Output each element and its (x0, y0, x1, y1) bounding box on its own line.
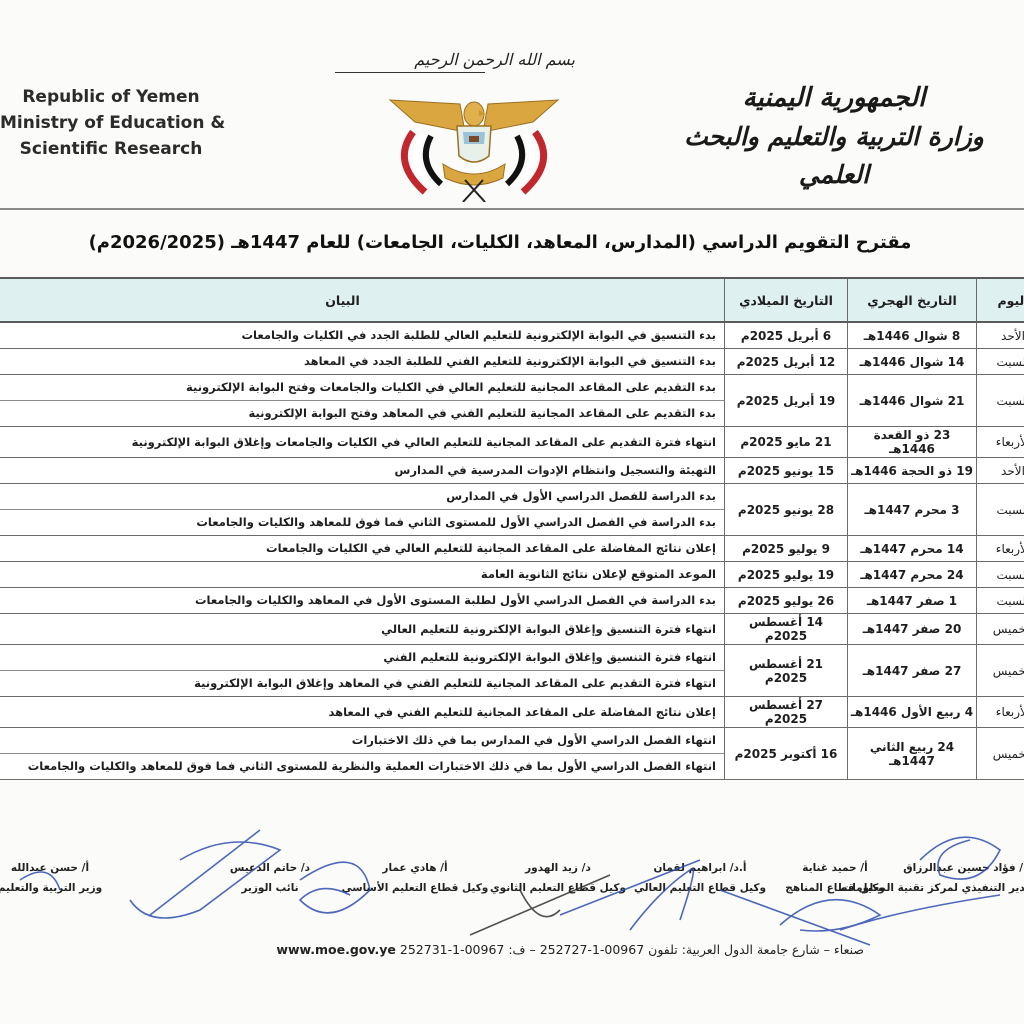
cell-day: الخميس (977, 728, 1024, 780)
description-line: انتهاء فترة التقديم على المقاعد المجانية… (0, 430, 716, 455)
cell-gregorian-date: 26 يوليو 2025م (725, 588, 848, 614)
cell-gregorian-date: 12 أبريل 2025م (725, 349, 848, 375)
header-gregorian-date: التاريخ الميلادي (725, 278, 848, 322)
description-line: إعلان نتائج المفاضلة على المقاعد المجاني… (0, 536, 716, 561)
cell-gregorian-date: 6 أبريل 2025م (725, 322, 848, 349)
description-line: بدء التقديم على المقاعد المجانية للتعليم… (0, 375, 724, 400)
table-row: السبت1 صفر 1447هـ26 يوليو 2025مبدء الدرا… (0, 588, 1024, 614)
cell-gregorian-date: 9 يوليو 2025م (725, 536, 848, 562)
calendar-table-container: اليوم التاريخ الهجري التاريخ الميلادي ال… (0, 277, 1024, 780)
cell-day: السبت (977, 562, 1024, 588)
cell-gregorian-date: 19 أبريل 2025م (725, 375, 848, 427)
cell-day: السبت (977, 375, 1024, 427)
table-row: الأربعاء14 محرم 1447هـ9 يوليو 2025مإعلان… (0, 536, 1024, 562)
coat-of-arms-icon (385, 92, 563, 202)
description-line: بدء الدراسة في الفصل الدراسي الأول لطلبة… (0, 588, 716, 613)
header-divider (0, 208, 1024, 210)
arabic-line-republic: الجمهورية اليمنية (674, 78, 994, 118)
english-line-research: Scientific Research (0, 136, 222, 162)
cell-description: بدء التنسيق في البوابة الإلكترونية للتعل… (0, 349, 725, 375)
cell-description: انتهاء فترة التنسيق وإغلاق البوابة الإلك… (0, 614, 725, 645)
table-header-row: اليوم التاريخ الهجري التاريخ الميلادي ال… (0, 278, 1024, 322)
signatory-name: أ/ هادي عمار (340, 858, 490, 878)
table-row: الخميس20 صفر 1447هـ14 أغسطس 2025مانتهاء … (0, 614, 1024, 645)
basmala: بسم الله الرحمن الرحيم (335, 50, 575, 90)
description-line: بدء التنسيق في البوابة الإلكترونية للتعل… (0, 349, 716, 374)
header-day: اليوم (977, 278, 1024, 322)
cell-description: بدء التقديم على المقاعد المجانية للتعليم… (0, 375, 725, 427)
cell-description: إعلان نتائج المفاضلة على المقاعد المجاني… (0, 697, 725, 728)
cell-gregorian-date: 21 مايو 2025م (725, 427, 848, 458)
basmala-flourish (335, 72, 485, 73)
table-row: السبت3 محرم 1447هـ28 يونيو 2025مبدء الدر… (0, 484, 1024, 536)
table-row: الخميس24 ربيع الثاني 1447هـ16 أكتوبر 202… (0, 728, 1024, 780)
signatory-title: وكيل قطاع التعليم الأساسي (340, 878, 490, 898)
cell-gregorian-date: 27 أغسطس 2025م (725, 697, 848, 728)
footer-contact: صنعاء – شارع جامعة الدول العربية: تلفون … (84, 942, 864, 957)
description-line: بدء التقديم على المقاعد المجانية للتعليم… (0, 400, 724, 426)
cell-day: الخميس (977, 645, 1024, 697)
cell-description: التهيئة والتسجيل وانتظام الإدوات المدرسي… (0, 458, 725, 484)
academic-calendar-table: اليوم التاريخ الهجري التاريخ الميلادي ال… (0, 277, 1024, 780)
description-line: بدء الدراسة في الفصل الدراسي الأول للمست… (0, 509, 724, 535)
signatory-title: المدير التنفيذي لمركز تقنية المعلومات (890, 878, 1024, 898)
cell-hijri-date: 4 ربيع الأول 1446هـ (848, 697, 977, 728)
signatory-name: د/ حاتم الدعيس (195, 858, 345, 878)
table-row: الأربعاء23 ذو القعدة 1446هـ21 مايو 2025م… (0, 427, 1024, 458)
english-line-republic: Republic of Yemen (0, 84, 222, 110)
cell-day: السبت (977, 484, 1024, 536)
cell-hijri-date: 8 شوال 1446هـ (848, 322, 977, 349)
cell-description: إعلان نتائج المفاضلة على المقاعد المجاني… (0, 536, 725, 562)
cell-gregorian-date: 16 أكتوبر 2025م (725, 728, 848, 780)
signatory-name: د/ زيد الهدور (483, 858, 633, 878)
cell-day: الأربعاء (977, 536, 1024, 562)
signatory: أ/ هادي عماروكيل قطاع التعليم الأساسي (340, 858, 490, 898)
cell-day: الأحد (977, 322, 1024, 349)
cell-description: بدء الدراسة للفصل الدراسي الأول في المدا… (0, 484, 725, 536)
signatory-name: أ/ فؤاد حسين عبدالرزاق (890, 858, 1024, 878)
table-row: الأحد8 شوال 1446هـ6 أبريل 2025مبدء التنس… (0, 322, 1024, 349)
header-hijri-date: التاريخ الهجري (848, 278, 977, 322)
description-line: انتهاء فترة التقديم على المقاعد المجانية… (0, 670, 724, 696)
arabic-line-ministry: وزارة التربية والتعليم والبحث العلمي (674, 118, 994, 194)
arabic-letterhead: الجمهورية اليمنية وزارة التربية والتعليم… (674, 78, 994, 194)
description-line: انتهاء الفصل الدراسي الأول بما في ذلك ال… (0, 753, 724, 779)
cell-day: الأربعاء (977, 427, 1024, 458)
description-line: انتهاء الفصل الدراسي الأول في المدارس بم… (0, 728, 724, 753)
signatures-block: أ/ فؤاد حسين عبدالرزاقالمدير التنفيذي لم… (0, 858, 1024, 928)
cell-day: السبت (977, 349, 1024, 375)
description-line: الموعد المتوقع لإعلان نتائج الثانوية الع… (0, 562, 716, 587)
description-line: انتهاء فترة التنسيق وإغلاق البوابة الإلك… (0, 645, 724, 670)
table-row: السبت24 محرم 1447هـ19 يوليو 2025مالموعد … (0, 562, 1024, 588)
description-line: بدء التنسيق في البوابة الإلكترونية للتعل… (0, 323, 716, 348)
cell-gregorian-date: 15 يونيو 2025م (725, 458, 848, 484)
header-description: البيان (0, 278, 725, 322)
table-row: الخميس27 صفر 1447هـ21 أغسطس 2025مانتهاء … (0, 645, 1024, 697)
signatory-name: أ/ حميد غناية (760, 858, 910, 878)
cell-description: الموعد المتوقع لإعلان نتائج الثانوية الع… (0, 562, 725, 588)
cell-hijri-date: 24 محرم 1447هـ (848, 562, 977, 588)
cell-day: الخميس (977, 614, 1024, 645)
cell-gregorian-date: 14 أغسطس 2025م (725, 614, 848, 645)
signatory: أ/ فؤاد حسين عبدالرزاقالمدير التنفيذي لم… (890, 858, 1024, 898)
signatory-title: وكيل قطاع التعليم العالي (625, 878, 775, 898)
table-body: الأحد8 شوال 1446هـ6 أبريل 2025مبدء التنس… (0, 322, 1024, 780)
cell-day: السبت (977, 588, 1024, 614)
signatory: أ/ حميد غنايةوكيل قطاع المناهج (760, 858, 910, 898)
letterhead: Republic of Yemen Ministry of Education … (0, 0, 1024, 210)
footer-website-link[interactable]: www.moe.gov.ye (276, 942, 395, 957)
signatory: أ.د/ ابراهيم لقمانوكيل قطاع التعليم العا… (625, 858, 775, 898)
signatory-title: نائب الوزير (195, 878, 345, 898)
cell-gregorian-date: 28 يونيو 2025م (725, 484, 848, 536)
signatory-title: وزير التربية والتعليم (0, 878, 125, 898)
cell-description: انتهاء فترة التنسيق وإغلاق البوابة الإلك… (0, 645, 725, 697)
table-row: الأربعاء4 ربيع الأول 1446هـ27 أغسطس 2025… (0, 697, 1024, 728)
english-line-ministry: Ministry of Education & (0, 110, 222, 136)
footer-address: صنعاء – شارع جامعة الدول العربية: تلفون … (400, 942, 864, 957)
description-line: التهيئة والتسجيل وانتظام الإدوات المدرسي… (0, 458, 716, 483)
cell-hijri-date: 27 صفر 1447هـ (848, 645, 977, 697)
signatory-name: أ.د/ ابراهيم لقمان (625, 858, 775, 878)
cell-hijri-date: 3 محرم 1447هـ (848, 484, 977, 536)
cell-description: انتهاء فترة التقديم على المقاعد المجانية… (0, 427, 725, 458)
cell-hijri-date: 23 ذو القعدة 1446هـ (848, 427, 977, 458)
table-row: السبت14 شوال 1446هـ12 أبريل 2025مبدء الت… (0, 349, 1024, 375)
cell-hijri-date: 24 ربيع الثاني 1447هـ (848, 728, 977, 780)
cell-description: بدء التنسيق في البوابة الإلكترونية للتعل… (0, 322, 725, 349)
signatory-title: وكيل قطاع المناهج (760, 878, 910, 898)
cell-description: بدء الدراسة في الفصل الدراسي الأول لطلبة… (0, 588, 725, 614)
table-row: الأحد19 ذو الحجة 1446هـ15 يونيو 2025مالت… (0, 458, 1024, 484)
signatory: د/ حاتم الدعيسنائب الوزير (195, 858, 345, 898)
cell-hijri-date: 19 ذو الحجة 1446هـ (848, 458, 977, 484)
cell-day: الأحد (977, 458, 1024, 484)
cell-day: الأربعاء (977, 697, 1024, 728)
table-row: السبت21 شوال 1446هـ19 أبريل 2025مبدء الت… (0, 375, 1024, 427)
description-line: انتهاء فترة التنسيق وإغلاق البوابة الإلك… (0, 617, 716, 642)
cell-hijri-date: 14 محرم 1447هـ (848, 536, 977, 562)
cell-gregorian-date: 19 يوليو 2025م (725, 562, 848, 588)
cell-hijri-date: 20 صفر 1447هـ (848, 614, 977, 645)
basmala-text: بسم الله الرحمن الرحيم (414, 50, 575, 69)
signatory-name: أ/ حسن عبدالله (0, 858, 125, 878)
cell-description: انتهاء الفصل الدراسي الأول في المدارس بم… (0, 728, 725, 780)
cell-gregorian-date: 21 أغسطس 2025م (725, 645, 848, 697)
cell-hijri-date: 14 شوال 1446هـ (848, 349, 977, 375)
signatory: د/ زيد الهدوروكيل قطاع التعليم الثانوي (483, 858, 633, 898)
cell-hijri-date: 21 شوال 1446هـ (848, 375, 977, 427)
document-title: مقترح التقويم الدراسي (المدارس، المعاهد،… (60, 232, 940, 253)
description-line: إعلان نتائج المفاضلة على المقاعد المجاني… (0, 700, 716, 725)
cell-hijri-date: 1 صفر 1447هـ (848, 588, 977, 614)
signatory-title: وكيل قطاع التعليم الثانوي (483, 878, 633, 898)
description-line: بدء الدراسة للفصل الدراسي الأول في المدا… (0, 484, 724, 509)
signatory: أ/ حسن عبداللهوزير التربية والتعليم (0, 858, 125, 898)
english-letterhead: Republic of Yemen Ministry of Education … (0, 84, 222, 162)
